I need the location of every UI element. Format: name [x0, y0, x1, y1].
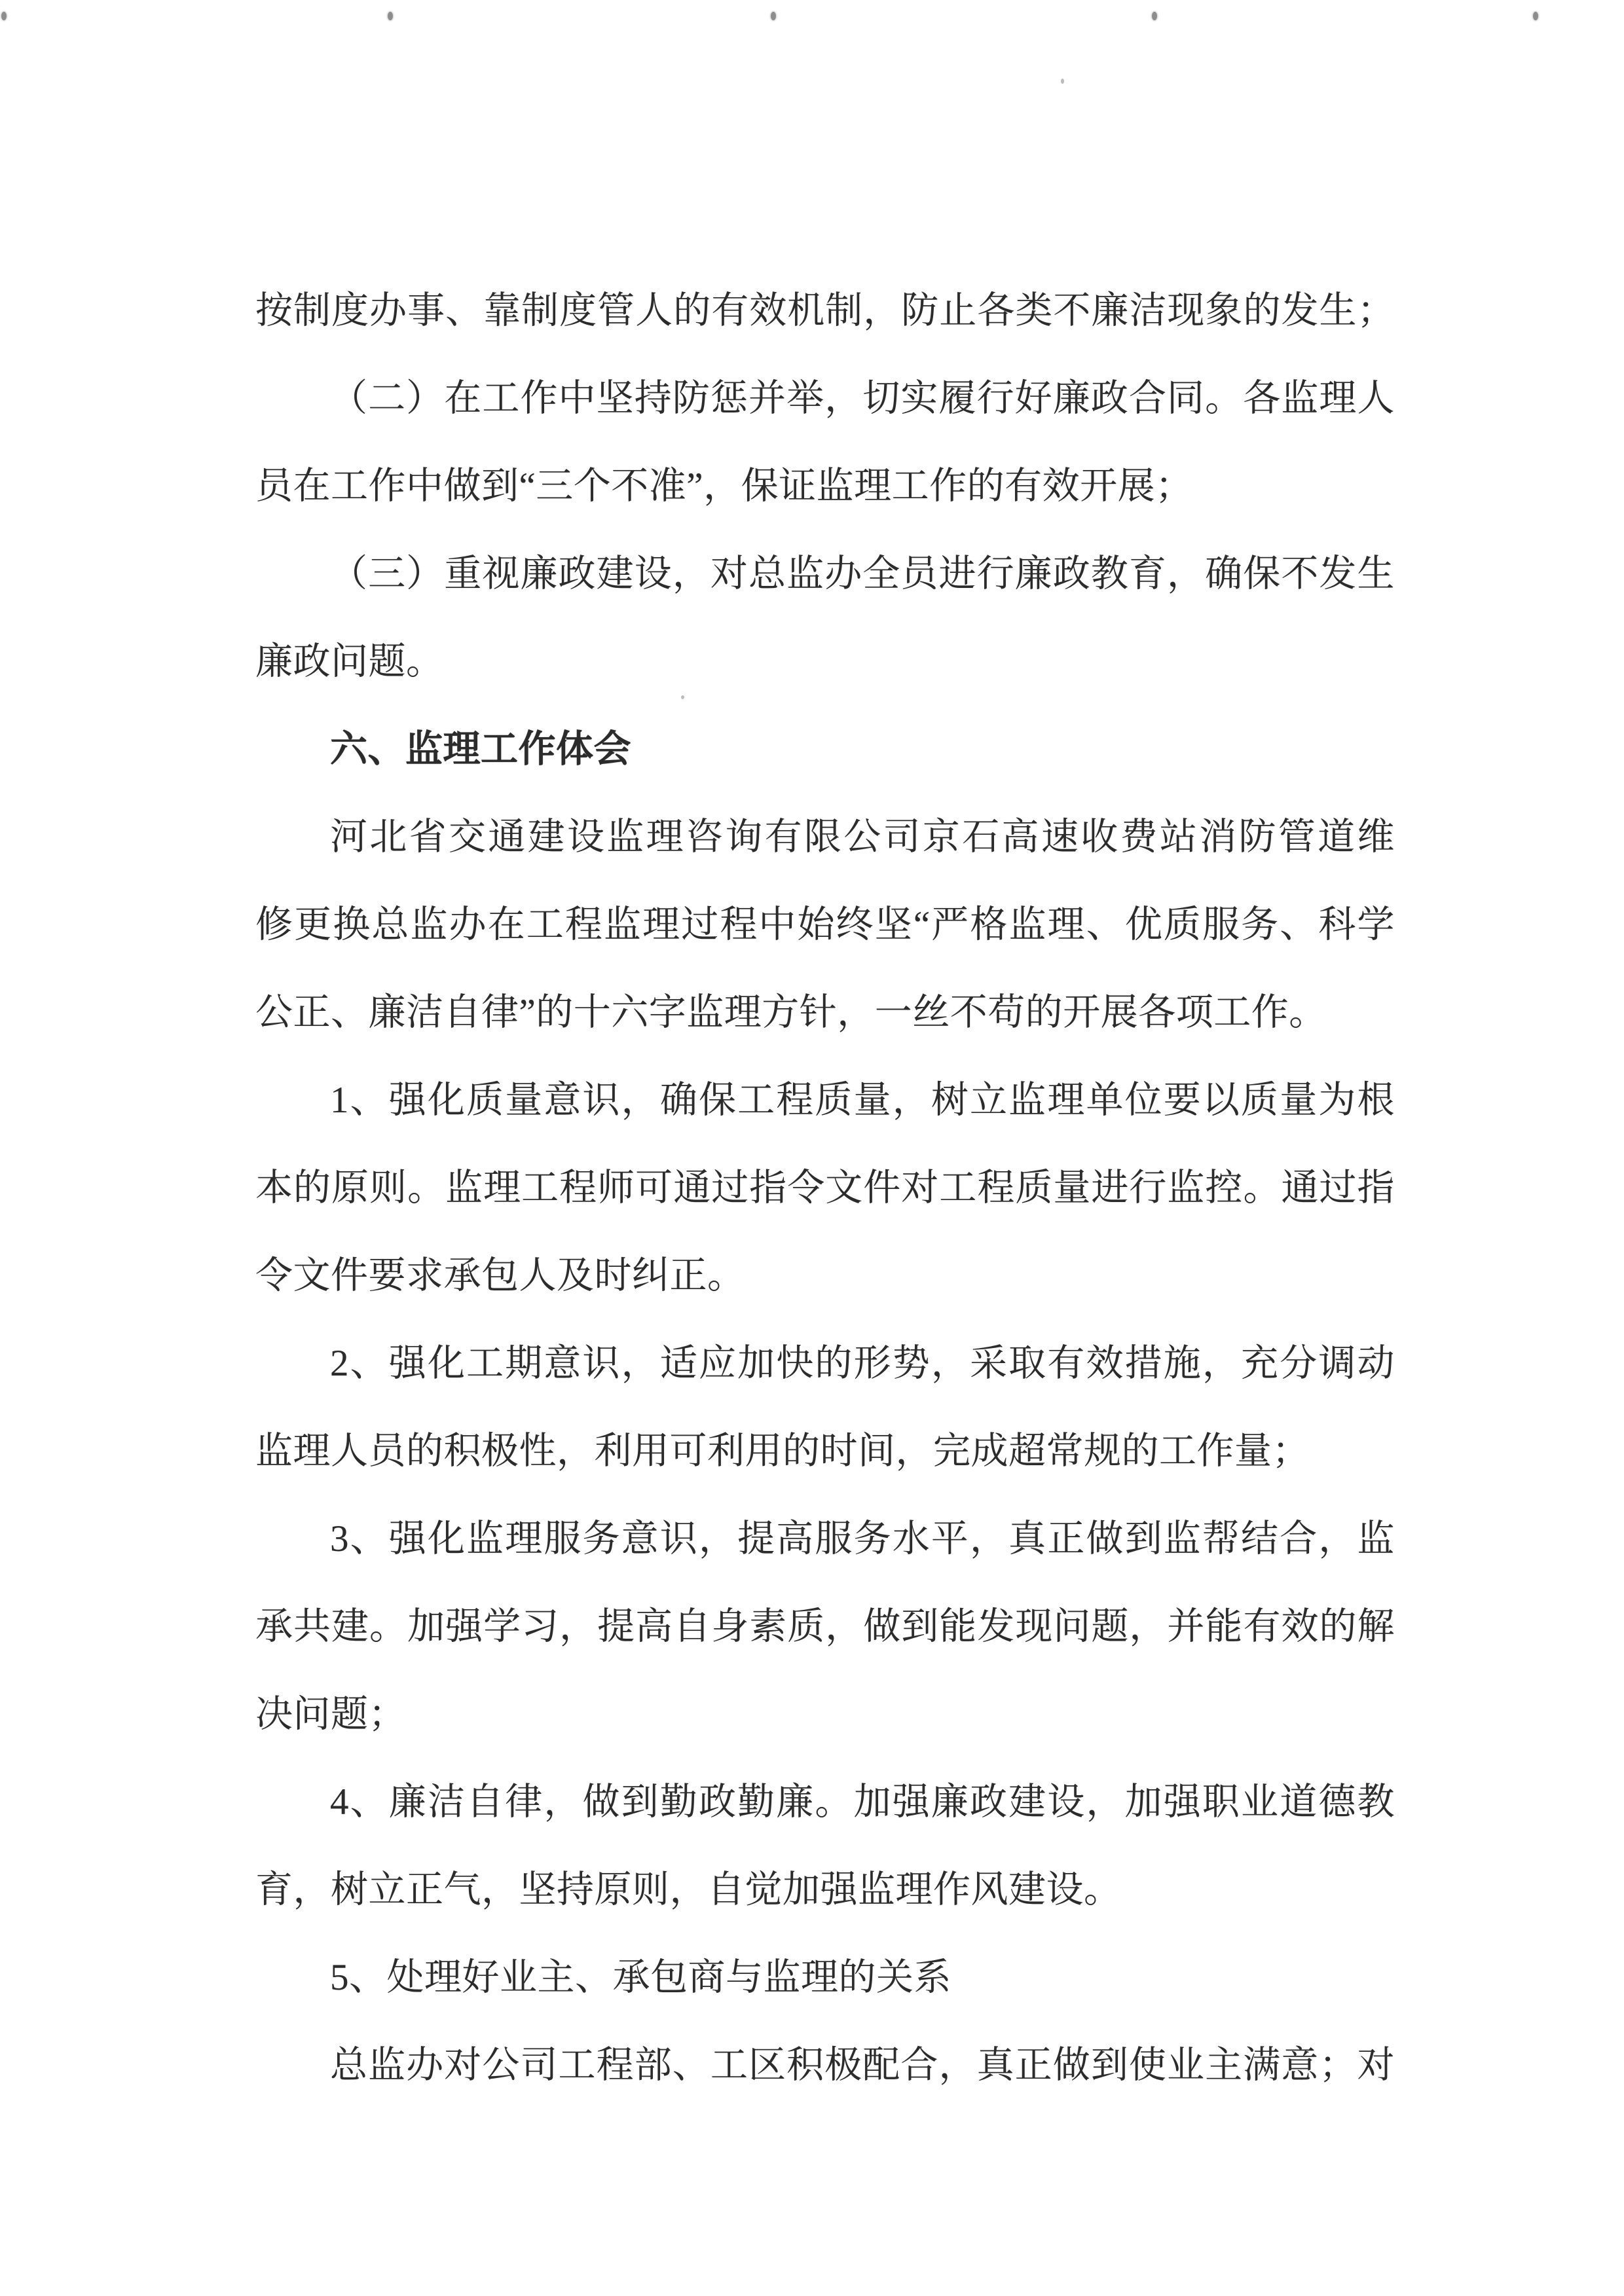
text-line: 修更换总监办在工程监理过程中始终坚“严格监理、优质服务、科学 [255, 881, 1395, 969]
text-line: 廉政问题。 [255, 618, 1395, 706]
text-line: 公正、廉洁自律”的十六字监理方针，一丝不苟的开展各项工作。 [255, 969, 1395, 1057]
text-line: 员在工作中做到“三个不准”，保证监理工作的有效开展； [255, 443, 1395, 530]
scan-artifact-dot [1, 12, 7, 20]
page-body-text: 按制度办事、靠制度管人的有效机制，防止各类不廉洁现象的发生； （二）在工作中坚持… [255, 267, 1395, 2109]
text-line: 决问题； [255, 1671, 1395, 1758]
section-heading: 六、监理工作体会 [255, 706, 1395, 793]
text-line: 按制度办事、靠制度管人的有效机制，防止各类不廉洁现象的发生； [255, 267, 1395, 355]
scan-artifact-dot [388, 12, 393, 20]
text-line: 育，树立正气，坚持原则，自觉加强监理作风建设。 [255, 1846, 1395, 1934]
text-line: 河北省交通建设监理咨询有限公司京石高速收费站消防管道维 [255, 793, 1395, 881]
text-line: 承共建。加强学习，提高自身素质，做到能发现问题，并能有效的解 [255, 1583, 1395, 1671]
text-line: 1、强化质量意识，确保工程质量，树立监理单位要以质量为根 [255, 1057, 1395, 1144]
scan-artifact-speck [1061, 79, 1064, 84]
text-line: 令文件要求承包人及时纠正。 [255, 1232, 1395, 1320]
text-line: 4、廉洁自律，做到勤政勤廉。加强廉政建设，加强职业道德教 [255, 1758, 1395, 1846]
text-line: （二）在工作中坚持防惩并举，切实履行好廉政合同。各监理人 [255, 355, 1395, 443]
scan-artifact-dot [1152, 12, 1157, 20]
scan-artifact-dot [1533, 12, 1538, 20]
text-line: 监理人员的积极性，利用可利用的时间，完成超常规的工作量； [255, 1408, 1395, 1495]
text-line: 本的原则。监理工程师可通过指令文件对工程质量进行监控。通过指 [255, 1144, 1395, 1232]
text-line: 总监办对公司工程部、工区积极配合，真正做到使业主满意；对 [255, 2022, 1395, 2109]
text-line: 3、强化监理服务意识，提高服务水平，真正做到监帮结合，监 [255, 1495, 1395, 1583]
text-line: （三）重视廉政建设，对总监办全员进行廉政教育，确保不发生 [255, 530, 1395, 618]
text-line: 2、强化工期意识，适应加快的形势，采取有效措施，充分调动 [255, 1320, 1395, 1408]
text-line: 5、处理好业主、承包商与监理的关系 [255, 1934, 1395, 2022]
document-page: 按制度办事、靠制度管人的有效机制，防止各类不廉洁现象的发生； （二）在工作中坚持… [0, 0, 1624, 2296]
scan-artifact-dot [771, 12, 776, 20]
